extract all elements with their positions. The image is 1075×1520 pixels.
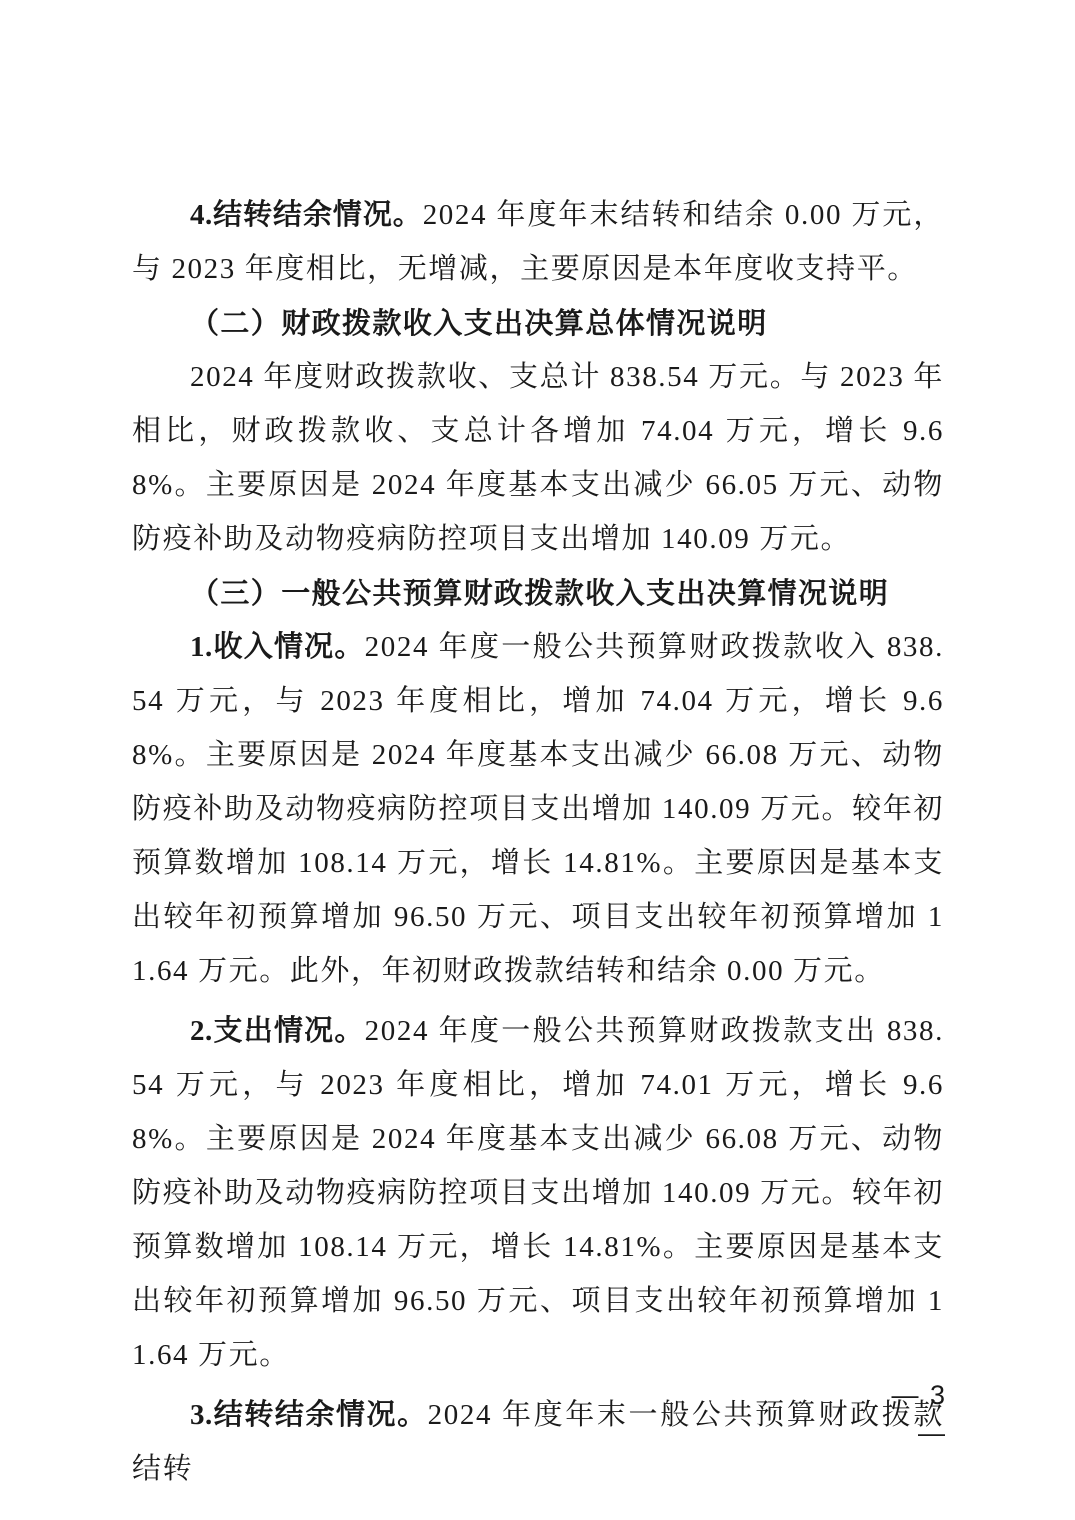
paragraph-income: 1.收入情况。2024 年度一般公共预算财政拨款收入 838.54 万元，与 2… bbox=[132, 620, 944, 998]
paragraph-lead: 3.结转结余情况。 bbox=[190, 1399, 428, 1431]
paragraph-carryover-balance-3: 3.结转结余情况。2024 年度年末一般公共预算财政拨款结转 bbox=[132, 1388, 944, 1496]
paragraph-carryover-balance-4: 4.结转结余情况。2024 年度年末结转和结余 0.00 万元，与 2023 年… bbox=[132, 188, 944, 296]
paragraph-lead: 2.支出情况。 bbox=[190, 1015, 365, 1047]
paragraph-fiscal-overview: 2024 年度财政拨款收、支总计 838.54 万元。与 2023 年相比，财政… bbox=[132, 350, 944, 566]
paragraph-expenditure: 2.支出情况。2024 年度一般公共预算财政拨款支出 838.54 万元，与 2… bbox=[132, 1004, 944, 1382]
paragraph-text: 2024 年度财政拨款收、支总计 838.54 万元。与 2023 年相比，财政… bbox=[132, 361, 944, 555]
paragraph-lead: 4.结转结余情况。 bbox=[190, 199, 423, 231]
paragraph-lead: 1.收入情况。 bbox=[190, 631, 365, 663]
document-page: 4.结转结余情况。2024 年度年末结转和结余 0.00 万元，与 2023 年… bbox=[132, 188, 944, 1496]
section-heading-2: （二）财政拨款收入支出决算总体情况说明 bbox=[132, 296, 944, 350]
page-number: — 3 — bbox=[855, 1376, 947, 1452]
section-heading-3: （三）一般公共预算财政拨款收入支出决算情况说明 bbox=[132, 566, 944, 620]
paragraph-text: 2024 年度一般公共预算财政拨款支出 838.54 万元，与 2023 年度相… bbox=[132, 1015, 944, 1371]
paragraph-text: 2024 年度一般公共预算财政拨款收入 838.54 万元，与 2023 年度相… bbox=[132, 631, 944, 987]
